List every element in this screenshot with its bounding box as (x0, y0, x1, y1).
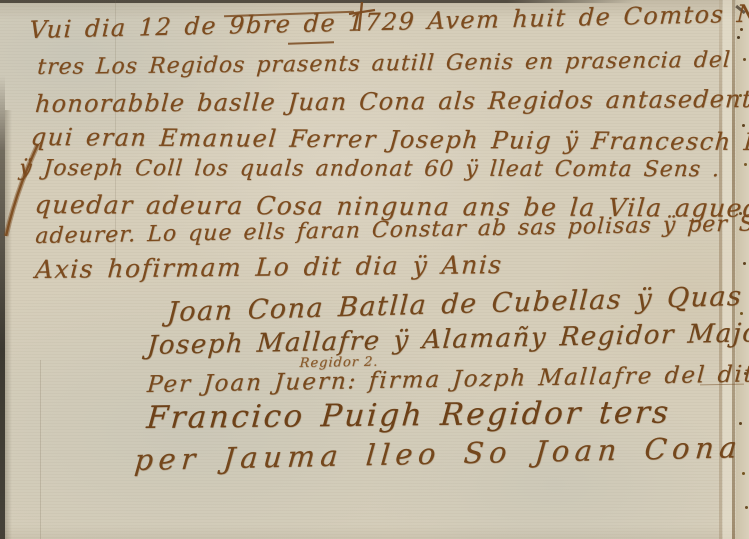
superscript-underline-stroke (288, 41, 334, 45)
manuscript-line-4: qui eran Emanuel Ferrer Joseph Puig ÿ Fr… (30, 123, 749, 157)
manuscript-line-5: ÿ Joseph Coll los quals andonat 60 ÿ lle… (18, 156, 721, 182)
page-top-shadow (0, 0, 650, 3)
manuscript-line-1: Vui dia 12 de 9bre de 1729 Avem huit de … (29, 0, 749, 44)
page-edge-speckles (740, 28, 743, 31)
manuscript-line-8: Axis hofirmam Lo dit dia ÿ Anis (34, 250, 503, 284)
manuscript-line-2: tres Los Regidos prasents autill Genis e… (37, 48, 732, 80)
signature-line-3: Per Joan Juern: firma Jozph Mallafre del… (146, 361, 749, 398)
manuscript-line-3: honorabble baslle Juan Cona als Regidos … (34, 85, 749, 118)
signature-line-4: Francico Puigh Regidor ters (145, 395, 672, 437)
laid-paper-chain-line (40, 360, 41, 539)
manuscript-page: Vui dia 12 de 9bre de 1729 Avem huit de … (0, 0, 749, 539)
signature-line-5: per Jauma lleo So Joan Cona (133, 430, 743, 477)
